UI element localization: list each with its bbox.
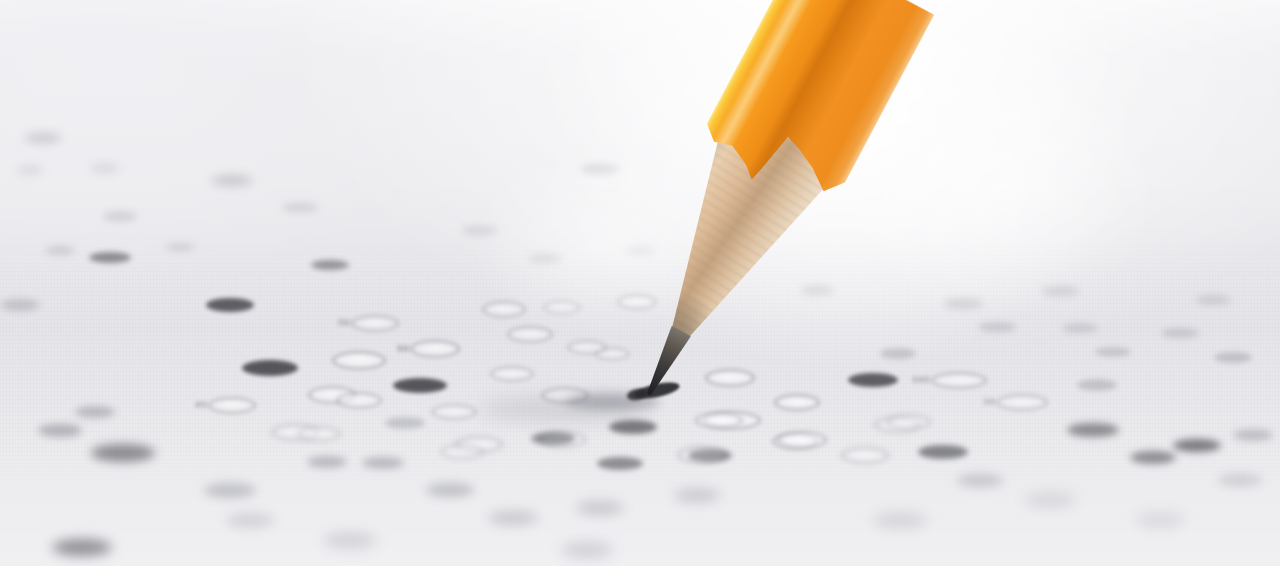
- exam-sheet-photo: 50504534534: [0, 0, 1280, 566]
- pencil-mark-layer: [0, 0, 1280, 566]
